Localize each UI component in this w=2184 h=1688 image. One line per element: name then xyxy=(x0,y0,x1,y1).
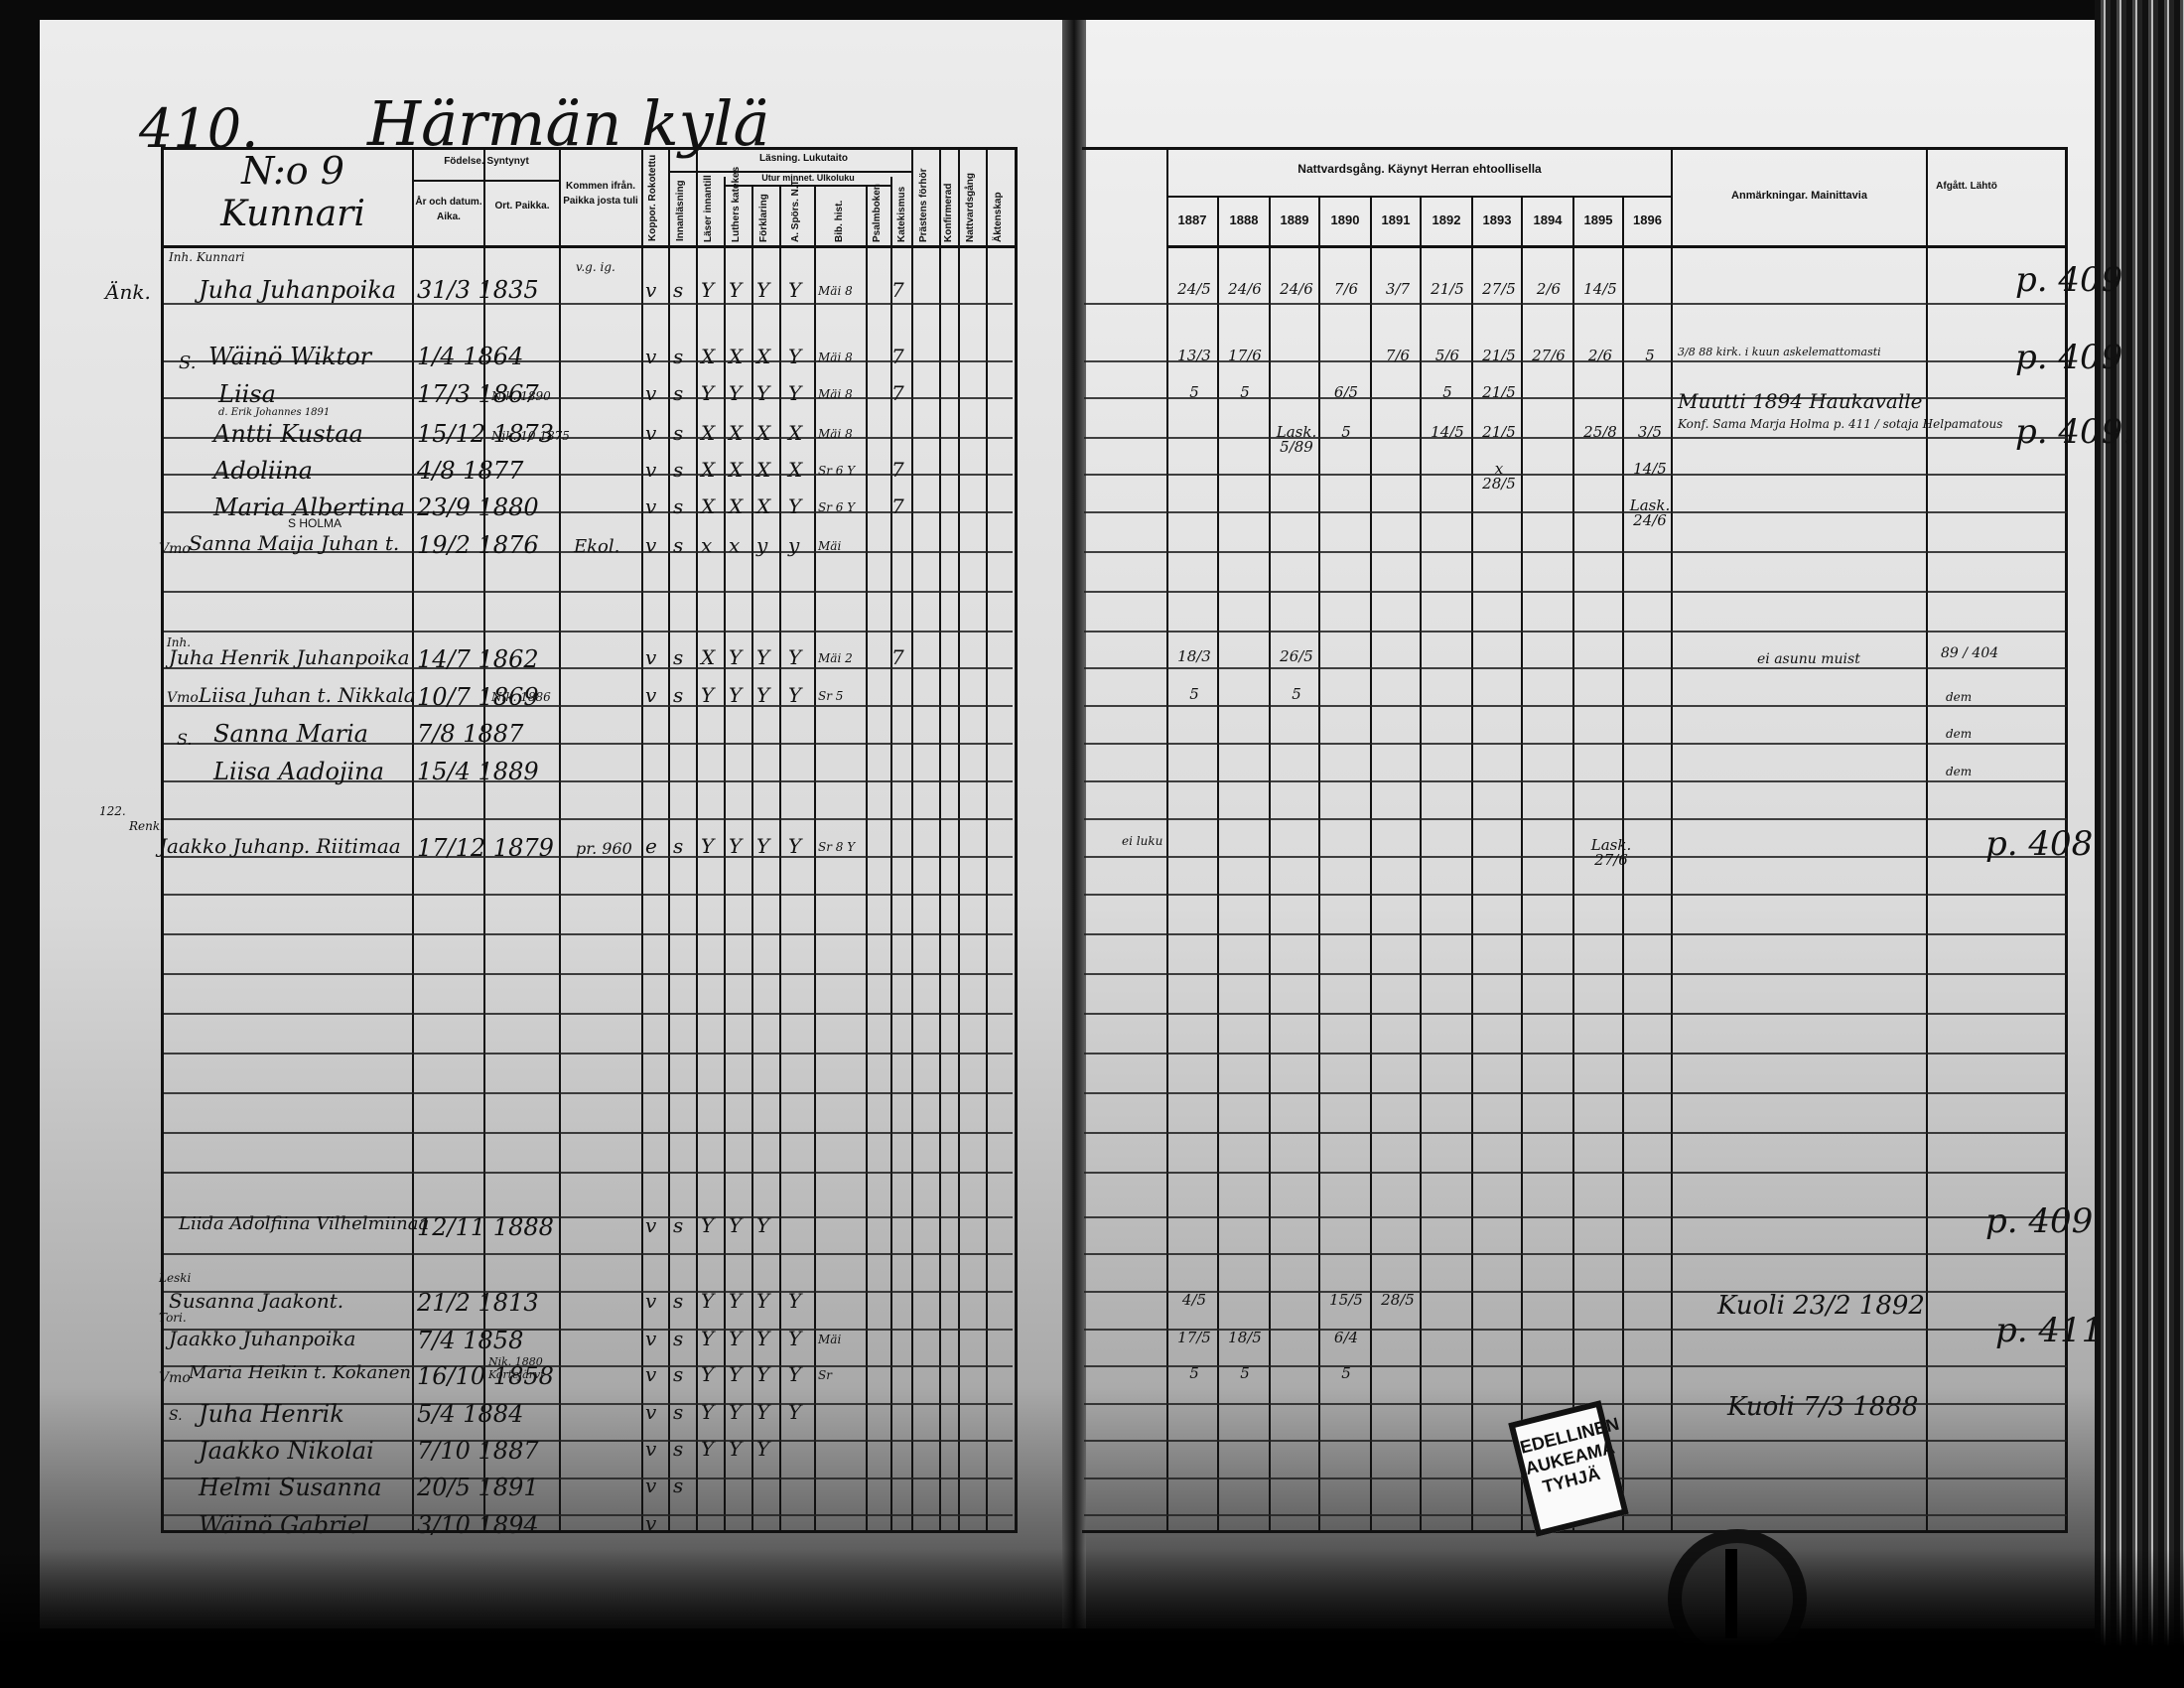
reading-mark: v xyxy=(645,1289,656,1313)
row-rule xyxy=(1084,780,2067,782)
reading-mark: Y xyxy=(756,1289,769,1313)
page-ref: p. 408. xyxy=(1985,824,2104,864)
reading-mark: X xyxy=(729,494,743,518)
communion-date: 15/5 xyxy=(1323,1293,1369,1308)
reading-mark: Mäi 8 xyxy=(818,351,853,364)
reading-mark: Y xyxy=(788,381,801,405)
remark: 3/8 88 kirk. i kuun askelemattomasti xyxy=(1678,346,1881,358)
year-1894: 1894 xyxy=(1523,212,1572,227)
row-rule xyxy=(1084,1092,2067,1094)
remark: Muutti 1894 Haukavalle xyxy=(1678,389,1922,413)
row-rule xyxy=(1084,474,2067,476)
person-name: Jaakko Nikolai xyxy=(199,1437,374,1465)
reading-mark: v xyxy=(645,683,656,707)
reading-mark: Y xyxy=(701,683,714,707)
remark: Kuoli 7/3 1888 xyxy=(1727,1392,1918,1422)
communion-date: 27/6 xyxy=(1526,349,1571,363)
person-name: Sanna Maria xyxy=(213,720,368,748)
row-rule xyxy=(1084,1403,2067,1405)
page-ref: p. 409. xyxy=(2015,412,2133,452)
reading-mark: 7 xyxy=(891,381,904,405)
communion-date: 5 xyxy=(1627,349,1673,363)
header-sub-6: Psalmboken xyxy=(872,191,883,242)
communion-date: 5 xyxy=(1323,1366,1369,1381)
row-title: Inh. Kunnari xyxy=(169,250,244,264)
row-rule xyxy=(1084,303,2067,305)
header-sub-7: Katekismus xyxy=(896,179,907,242)
communion-date: 4/5 xyxy=(1171,1293,1217,1308)
reading-mark: X xyxy=(701,494,715,518)
reading-mark: Y xyxy=(788,278,801,302)
reading-mark: X xyxy=(756,458,770,482)
reading-mark: Y xyxy=(701,278,714,302)
reading-mark: Y xyxy=(701,834,714,858)
reading-mark: Y xyxy=(788,494,801,518)
person-name: Juha Juhanpoika xyxy=(199,276,396,304)
birth-date: 31/3 1835 xyxy=(417,276,539,304)
communion-date: 21/5 xyxy=(1476,385,1522,400)
header-sub-11: Äktenskap xyxy=(993,159,1004,242)
reading-mark: v xyxy=(645,381,656,405)
person-name: Wäinö Gabriel xyxy=(199,1511,369,1539)
reading-mark: Y xyxy=(729,1362,742,1386)
reading-mark: Y xyxy=(756,1362,769,1386)
reading-mark: Y xyxy=(701,1362,714,1386)
birth-date: 5/4 1884 xyxy=(417,1400,523,1428)
page-shadow xyxy=(0,1549,2184,1688)
reading-mark: X xyxy=(701,345,715,368)
reading-mark: Y xyxy=(729,1400,742,1424)
reading-mark: Y xyxy=(788,1327,801,1350)
came-from: pr. 960 xyxy=(576,839,632,858)
reading-mark: Y xyxy=(729,683,742,707)
row-title: Leski xyxy=(159,1271,191,1285)
reading-mark: X xyxy=(729,345,743,368)
header-birth: Födelse. Syntynyt xyxy=(414,154,559,169)
communion-date: 3/7 xyxy=(1375,282,1421,297)
communion-date: Lask. 5/89 xyxy=(1274,425,1319,455)
birth-date: 12/11 1888 xyxy=(417,1213,554,1241)
birth-date: 4/8 1877 xyxy=(417,457,523,485)
reading-mark: s xyxy=(673,1327,683,1350)
reading-mark: Y xyxy=(729,381,742,405)
birth-date: 3/10 1894 xyxy=(417,1511,539,1539)
margin-note: 122. xyxy=(99,804,126,818)
communion-date: 14/5 xyxy=(1627,462,1673,477)
reading-mark: s xyxy=(673,345,683,368)
reading-mark: v xyxy=(645,1362,656,1386)
person-name: Jaakko Juhanpoika xyxy=(169,1327,355,1350)
person-name: Helmi Susanna xyxy=(199,1474,382,1501)
birth-date: 7/4 1858 xyxy=(417,1327,523,1354)
header-sub-4: A. Spörs. N.T. xyxy=(790,191,801,242)
reading-mark: Mäi xyxy=(818,539,841,553)
book-edge xyxy=(2095,0,2184,1688)
communion-date: 21/5 xyxy=(1476,349,1522,363)
row-rule xyxy=(1084,894,2067,896)
row-rule xyxy=(1084,631,2067,633)
header-sub-0: Innanläsning xyxy=(675,174,686,241)
came-from: Ekol. xyxy=(574,536,619,557)
page-ref: p. 411 xyxy=(1995,1311,2103,1350)
reading-mark: v xyxy=(645,1400,656,1424)
reading-mark: Y xyxy=(701,1400,714,1424)
row-role: Vmo xyxy=(159,1370,191,1386)
communion-date: 27/5 xyxy=(1476,282,1522,297)
reading-mark: X xyxy=(701,645,715,669)
communion-date: 17/5 xyxy=(1171,1331,1217,1345)
communion-date: 17/6 xyxy=(1222,349,1268,363)
row-rule xyxy=(1084,856,2067,858)
row-rule xyxy=(1084,437,2067,439)
reading-mark: Y xyxy=(701,1213,714,1237)
year-1890: 1890 xyxy=(1320,212,1370,227)
reading-mark: s xyxy=(673,1362,683,1386)
remark: Kuoli 23/2 1892 xyxy=(1717,1291,1925,1321)
birth-date: 1/4 1864 xyxy=(417,343,523,370)
page-ref: dem xyxy=(1946,765,1972,778)
communion-date: Lask. 24/6 xyxy=(1627,498,1673,528)
header-sub-9: Konfirmerad xyxy=(943,159,954,242)
birth-date: 19/2 1876 xyxy=(417,531,539,559)
communion-date: 5 xyxy=(1222,1366,1268,1381)
page-ref: dem xyxy=(1946,727,1972,741)
reading-mark: v xyxy=(645,421,656,445)
reading-mark: Mäi 8 xyxy=(818,387,853,401)
page-ref: 89 / 404 xyxy=(1941,645,1998,661)
reading-mark: X xyxy=(788,421,802,445)
reading-mark: y xyxy=(756,533,767,557)
name-note: d. Erik Johannes 1891 xyxy=(218,407,330,418)
reading-mark: 7 xyxy=(891,458,904,482)
birth-date: 15/4 1889 xyxy=(417,758,539,785)
row-rule xyxy=(1084,818,2067,820)
reading-mark: 7 xyxy=(891,278,904,302)
row-rule xyxy=(1084,1216,2067,1218)
row-rule xyxy=(1084,743,2067,745)
reading-mark: s xyxy=(673,683,683,707)
person-name: Antti Kustaa xyxy=(213,420,363,448)
communion-date: 5/6 xyxy=(1425,349,1470,363)
year-1887: 1887 xyxy=(1168,212,1216,227)
row-rule xyxy=(164,894,1013,896)
year-1891: 1891 xyxy=(1372,212,1420,227)
header-sub-5: Bib. hist. xyxy=(834,191,845,242)
row-rule xyxy=(164,973,1013,975)
communion-date: 5 xyxy=(1171,687,1217,702)
reading-mark: s xyxy=(673,458,683,482)
communion-date: 28/5 xyxy=(1375,1293,1421,1308)
reading-mark: s xyxy=(673,494,683,518)
reading-mark: X xyxy=(756,421,770,445)
person-name: Maria Heikin t. Kokanen xyxy=(189,1362,411,1383)
reading-mark: X xyxy=(701,458,715,482)
ledger-scan: 410. Härmän kylä N:o 9 Kunnari Födelse. … xyxy=(0,0,2184,1688)
reading-mark: X xyxy=(788,458,802,482)
reading-mark: e xyxy=(645,834,657,858)
reading-mark: X xyxy=(701,421,715,445)
row-rule xyxy=(164,818,1013,820)
reading-mark: X xyxy=(756,345,770,368)
row-rule xyxy=(1084,1172,2067,1174)
birth-place: Nik. 1886 xyxy=(491,690,551,704)
birth-date: 21/2 1813 xyxy=(417,1289,539,1317)
reading-mark: Sr 5 xyxy=(818,689,843,703)
communion-date: x 28/5 xyxy=(1476,462,1522,492)
reading-mark: Y xyxy=(701,1327,714,1350)
communion-date: 5 xyxy=(1222,385,1268,400)
remark: ei luku xyxy=(1122,834,1162,848)
reading-mark: v xyxy=(645,1437,656,1461)
person-name: Juha Henrik xyxy=(199,1400,344,1428)
reading-mark: s xyxy=(673,278,683,302)
header-came-from: Kommen ifrån. Paikka josta tuli xyxy=(561,179,640,209)
birth-date: 7/10 1887 xyxy=(417,1437,539,1465)
reading-mark: 7 xyxy=(891,645,904,669)
reading-mark: 7 xyxy=(891,494,904,518)
communion-date: 18/5 xyxy=(1222,1331,1268,1345)
reading-mark: v xyxy=(645,1213,656,1237)
reading-mark: Mäi xyxy=(818,1333,841,1346)
communion-date: 2/6 xyxy=(1526,282,1571,297)
row-role: S. xyxy=(177,730,192,749)
page-ref: p. 409 xyxy=(2015,338,2122,377)
page-ref: dem xyxy=(1946,690,1972,704)
birth-place: Nik. 1880 Kortejärvi xyxy=(488,1355,558,1381)
communion-date: 13/3 xyxy=(1171,349,1217,363)
reading-mark: y xyxy=(788,533,799,557)
communion-date: 24/6 xyxy=(1222,282,1268,297)
communion-date: 24/6 xyxy=(1274,282,1319,297)
person-name: Juha Henrik Juhanpoika xyxy=(169,645,410,669)
reading-mark: Mäi 8 xyxy=(818,427,853,441)
birth-date: 14/7 1862 xyxy=(417,645,539,673)
reading-mark: Y xyxy=(756,278,769,302)
header-communion: Nattvardsgång. Käynyt Herran ehtoollisel… xyxy=(1171,162,1668,177)
came-from: v.g. ig. xyxy=(576,260,615,274)
reading-mark: x xyxy=(701,533,712,557)
reading-mark: s xyxy=(673,1474,683,1497)
reading-mark: 7 xyxy=(891,345,904,368)
row-rule xyxy=(1084,591,2067,593)
person-name: Liisa Juhan t. Nikkala xyxy=(199,683,416,707)
row-rule xyxy=(1084,973,2067,975)
reading-mark: X xyxy=(756,494,770,518)
communion-date: 7/6 xyxy=(1375,349,1421,363)
communion-date: 14/5 xyxy=(1425,425,1470,440)
reading-mark: Y xyxy=(729,645,742,669)
row-rule xyxy=(164,1013,1013,1015)
communion-date: 25/8 xyxy=(1577,425,1623,440)
reading-mark: s xyxy=(673,1213,683,1237)
person-name: Adoliina xyxy=(213,457,313,485)
header-sub-3: Förklaring xyxy=(758,191,769,242)
reading-mark: Sr 8 Y xyxy=(818,840,855,854)
person-name: Wäinö Wiktor xyxy=(208,343,371,370)
year-1893: 1893 xyxy=(1473,212,1521,227)
reading-mark: v xyxy=(645,494,656,518)
entry-number: N:o 9 xyxy=(179,149,407,193)
person-name: Liisa Aadojina xyxy=(213,758,384,785)
reading-mark: v xyxy=(645,278,656,302)
reading-mark: Y xyxy=(756,645,769,669)
reading-mark: Y xyxy=(788,683,801,707)
communion-date: 3/5 xyxy=(1627,425,1673,440)
row-rule xyxy=(164,1253,1013,1255)
row-rule xyxy=(164,1053,1013,1055)
row-role: Änk. xyxy=(105,280,151,304)
header-year-date: År och datum. Aika. xyxy=(414,195,483,224)
person-name: Liisa xyxy=(218,380,276,408)
reading-mark: v xyxy=(645,1511,656,1535)
reading-mark: Y xyxy=(729,1437,742,1461)
birth-date: 20/5 1891 xyxy=(417,1474,539,1501)
communion-date: Lask. 27/6 xyxy=(1588,838,1634,868)
header-sub-1: Läser innantill xyxy=(703,179,714,242)
reading-mark: Y xyxy=(729,1327,742,1350)
reading-mark: Y xyxy=(756,683,769,707)
year-1892: 1892 xyxy=(1422,212,1471,227)
header-sub-10: Nattvardsgång xyxy=(965,159,976,242)
person-name: Susanna Jaakont. xyxy=(169,1289,343,1313)
communion-date: 26/5 xyxy=(1274,649,1319,664)
reading-mark: Sr 6 Y xyxy=(818,500,855,514)
reading-mark: Y xyxy=(756,1400,769,1424)
communion-date: 6/5 xyxy=(1323,385,1369,400)
year-1895: 1895 xyxy=(1574,212,1622,227)
row-rule xyxy=(164,933,1013,935)
reading-mark: v xyxy=(645,345,656,368)
reading-mark: X xyxy=(729,421,743,445)
header-departed: Afgått. Lähtö xyxy=(1928,179,2005,194)
row-title: Renki xyxy=(129,819,164,833)
row-rule xyxy=(1084,705,2067,707)
birth-date: 7/8 1887 xyxy=(417,720,523,748)
row-rule xyxy=(1084,667,2067,669)
reading-mark: s xyxy=(673,533,683,557)
reading-mark: Mäi 8 xyxy=(818,284,853,298)
reading-mark: Sr xyxy=(818,1368,832,1382)
birth-place: Nik. 10 1875 xyxy=(491,429,570,443)
reading-mark: v xyxy=(645,1474,656,1497)
row-role: S. xyxy=(169,1408,183,1424)
birth-date: 17/12 1879 xyxy=(417,834,554,862)
communion-date: 14/5 xyxy=(1577,282,1623,297)
row-rule xyxy=(1084,933,2067,935)
communion-date: 5 xyxy=(1323,425,1369,440)
reading-mark: Y xyxy=(788,645,801,669)
reading-mark: Y xyxy=(701,1437,714,1461)
row-rule xyxy=(164,397,1013,399)
row-rule xyxy=(1084,1013,2067,1015)
reading-mark: Y xyxy=(729,834,742,858)
reading-mark: Y xyxy=(788,1289,801,1313)
person-name: Liida Adolfiina Vilhelmiinaa xyxy=(179,1213,429,1234)
row-rule xyxy=(164,1132,1013,1134)
communion-date: 18/3 xyxy=(1171,649,1217,664)
name-note: S HOLMA xyxy=(288,516,341,530)
page-ref: p. 409 xyxy=(1985,1201,2093,1241)
reading-mark: v xyxy=(645,645,656,669)
header-sub-8: Prästens förhör xyxy=(918,159,929,242)
reading-mark: v xyxy=(645,533,656,557)
reading-mark: Y xyxy=(788,834,801,858)
row-rule xyxy=(164,631,1013,633)
reading-mark: Y xyxy=(788,1362,801,1386)
row-rule xyxy=(164,591,1013,593)
header-lasning: Läsning. Lukutaito xyxy=(696,151,911,166)
reading-mark: Y xyxy=(701,1289,714,1313)
reading-mark: Y xyxy=(756,1213,769,1237)
year-1888: 1888 xyxy=(1219,212,1269,227)
page-ref: p. 409 xyxy=(2015,260,2122,300)
reading-mark: Y xyxy=(729,278,742,302)
row-role: Vmo xyxy=(159,541,191,557)
header-remarks: Anmärkningar. Mainittavia xyxy=(1678,189,1921,204)
header-vaccinated: Koppor. Rokotettu xyxy=(647,174,658,241)
year-1896: 1896 xyxy=(1624,212,1671,227)
row-rule xyxy=(1084,1053,2067,1055)
reading-mark: s xyxy=(673,381,683,405)
communion-date: 21/5 xyxy=(1425,282,1470,297)
remark: Konf. Sama Marja Holma p. 411 / sotaja H… xyxy=(1678,417,2002,431)
reading-mark: Y xyxy=(756,381,769,405)
communion-date: 5 xyxy=(1425,385,1470,400)
reading-mark: x xyxy=(729,533,740,557)
remark: ei asunu muist xyxy=(1757,651,1860,667)
reading-mark: s xyxy=(673,1400,683,1424)
communion-date: 21/5 xyxy=(1476,425,1522,440)
communion-date: 2/6 xyxy=(1577,349,1623,363)
reading-mark: Sr 6 Y xyxy=(818,464,855,478)
reading-mark: Y xyxy=(788,345,801,368)
reading-mark: v xyxy=(645,458,656,482)
communion-date: 5 xyxy=(1171,385,1217,400)
header-utan-minnet: Utur minnet. Ulkoluku xyxy=(724,173,892,184)
reading-mark: Y xyxy=(729,1213,742,1237)
reading-mark: s xyxy=(673,645,683,669)
row-rule xyxy=(1084,511,2067,513)
reading-mark: Mäi 2 xyxy=(818,651,853,665)
reading-mark: s xyxy=(673,1289,683,1313)
farm-name: Kunnari xyxy=(179,193,407,236)
row-rule xyxy=(1084,1132,2067,1134)
birth-place: Nik. 1890 xyxy=(491,389,551,403)
birth-date: 23/9 1880 xyxy=(417,493,539,521)
row-title: Tori. xyxy=(159,1311,187,1325)
communion-date: 5 xyxy=(1274,687,1319,702)
reading-mark: v xyxy=(645,1327,656,1350)
row-rule xyxy=(1084,551,2067,553)
person-name: Sanna Maija Juhan t. xyxy=(189,531,399,555)
header-place: Ort. Paikka. xyxy=(485,199,559,213)
year-1889: 1889 xyxy=(1271,212,1318,227)
person-name: Jaakko Juhanp. Riitimaa xyxy=(159,834,401,858)
reading-mark: s xyxy=(673,421,683,445)
row-role: Vmo xyxy=(167,690,199,706)
reading-mark: Y xyxy=(756,834,769,858)
reading-mark: X xyxy=(729,458,743,482)
communion-date: 6/4 xyxy=(1323,1331,1369,1345)
row-rule xyxy=(164,1092,1013,1094)
communion-date: 5 xyxy=(1171,1366,1217,1381)
reading-mark: Y xyxy=(756,1437,769,1461)
reading-mark: s xyxy=(673,1437,683,1461)
row-rule xyxy=(1084,1253,2067,1255)
row-role: S. xyxy=(179,352,196,373)
communion-date: 7/6 xyxy=(1323,282,1369,297)
reading-mark: s xyxy=(673,834,683,858)
